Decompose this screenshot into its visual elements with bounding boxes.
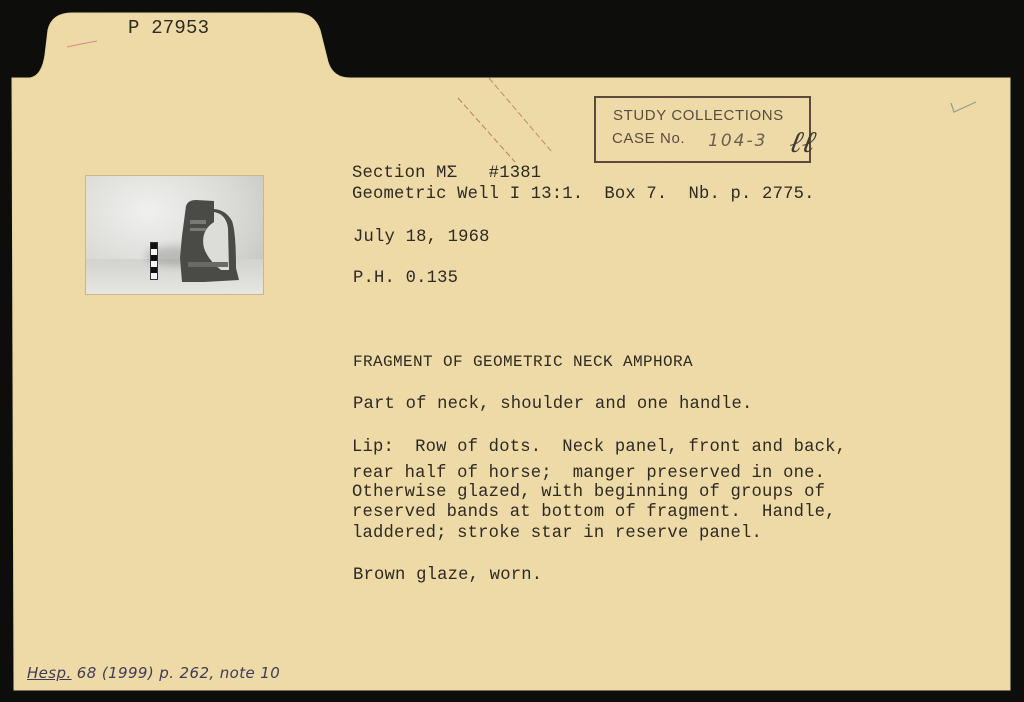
- stamp-case-number: 104-3: [708, 131, 767, 151]
- amphora-fragment-icon: [86, 176, 263, 294]
- glaze-note: Brown glaze, worn.: [353, 566, 542, 586]
- description-line: Otherwise glazed, with beginning of grou…: [352, 483, 825, 503]
- dimension: P.H. 0.135: [353, 269, 458, 289]
- stamp-title: STUDY COLLECTIONS: [613, 107, 784, 124]
- catalog-number: P 27953: [128, 18, 209, 38]
- publication-reference: Hesp. 68 (1999) p. 262, note 10: [27, 664, 280, 682]
- index-card: [0, 0, 1024, 702]
- study-collections-stamp: STUDY COLLECTIONS CASE No. 104-3: [594, 96, 811, 163]
- checkmark-icon: [950, 100, 978, 114]
- journal-citation: 68 (1999) p. 262, note 10: [72, 664, 281, 682]
- artifact-photo: [85, 175, 264, 295]
- stamp-case-label: CASE No.: [612, 130, 685, 147]
- date: July 18, 1968: [353, 228, 490, 248]
- description-line: Lip: Row of dots. Neck panel, front and …: [352, 438, 846, 458]
- context-line: Geometric Well I 13:1. Box 7. Nb. p. 277…: [352, 185, 815, 205]
- description-line: laddered; stroke star in reserve panel.: [352, 524, 762, 544]
- description-line: reserved bands at bottom of fragment. Ha…: [352, 503, 836, 523]
- object-title: FRAGMENT OF GEOMETRIC NECK AMPHORA: [353, 352, 693, 372]
- section-line: Section MΣ #1381: [352, 164, 541, 184]
- object-summary: Part of neck, shoulder and one handle.: [353, 395, 753, 415]
- journal-abbrev: Hesp.: [27, 664, 72, 682]
- red-pencil-mark: [66, 40, 98, 48]
- description-line: rear half of horse; manger preserved in …: [352, 464, 825, 484]
